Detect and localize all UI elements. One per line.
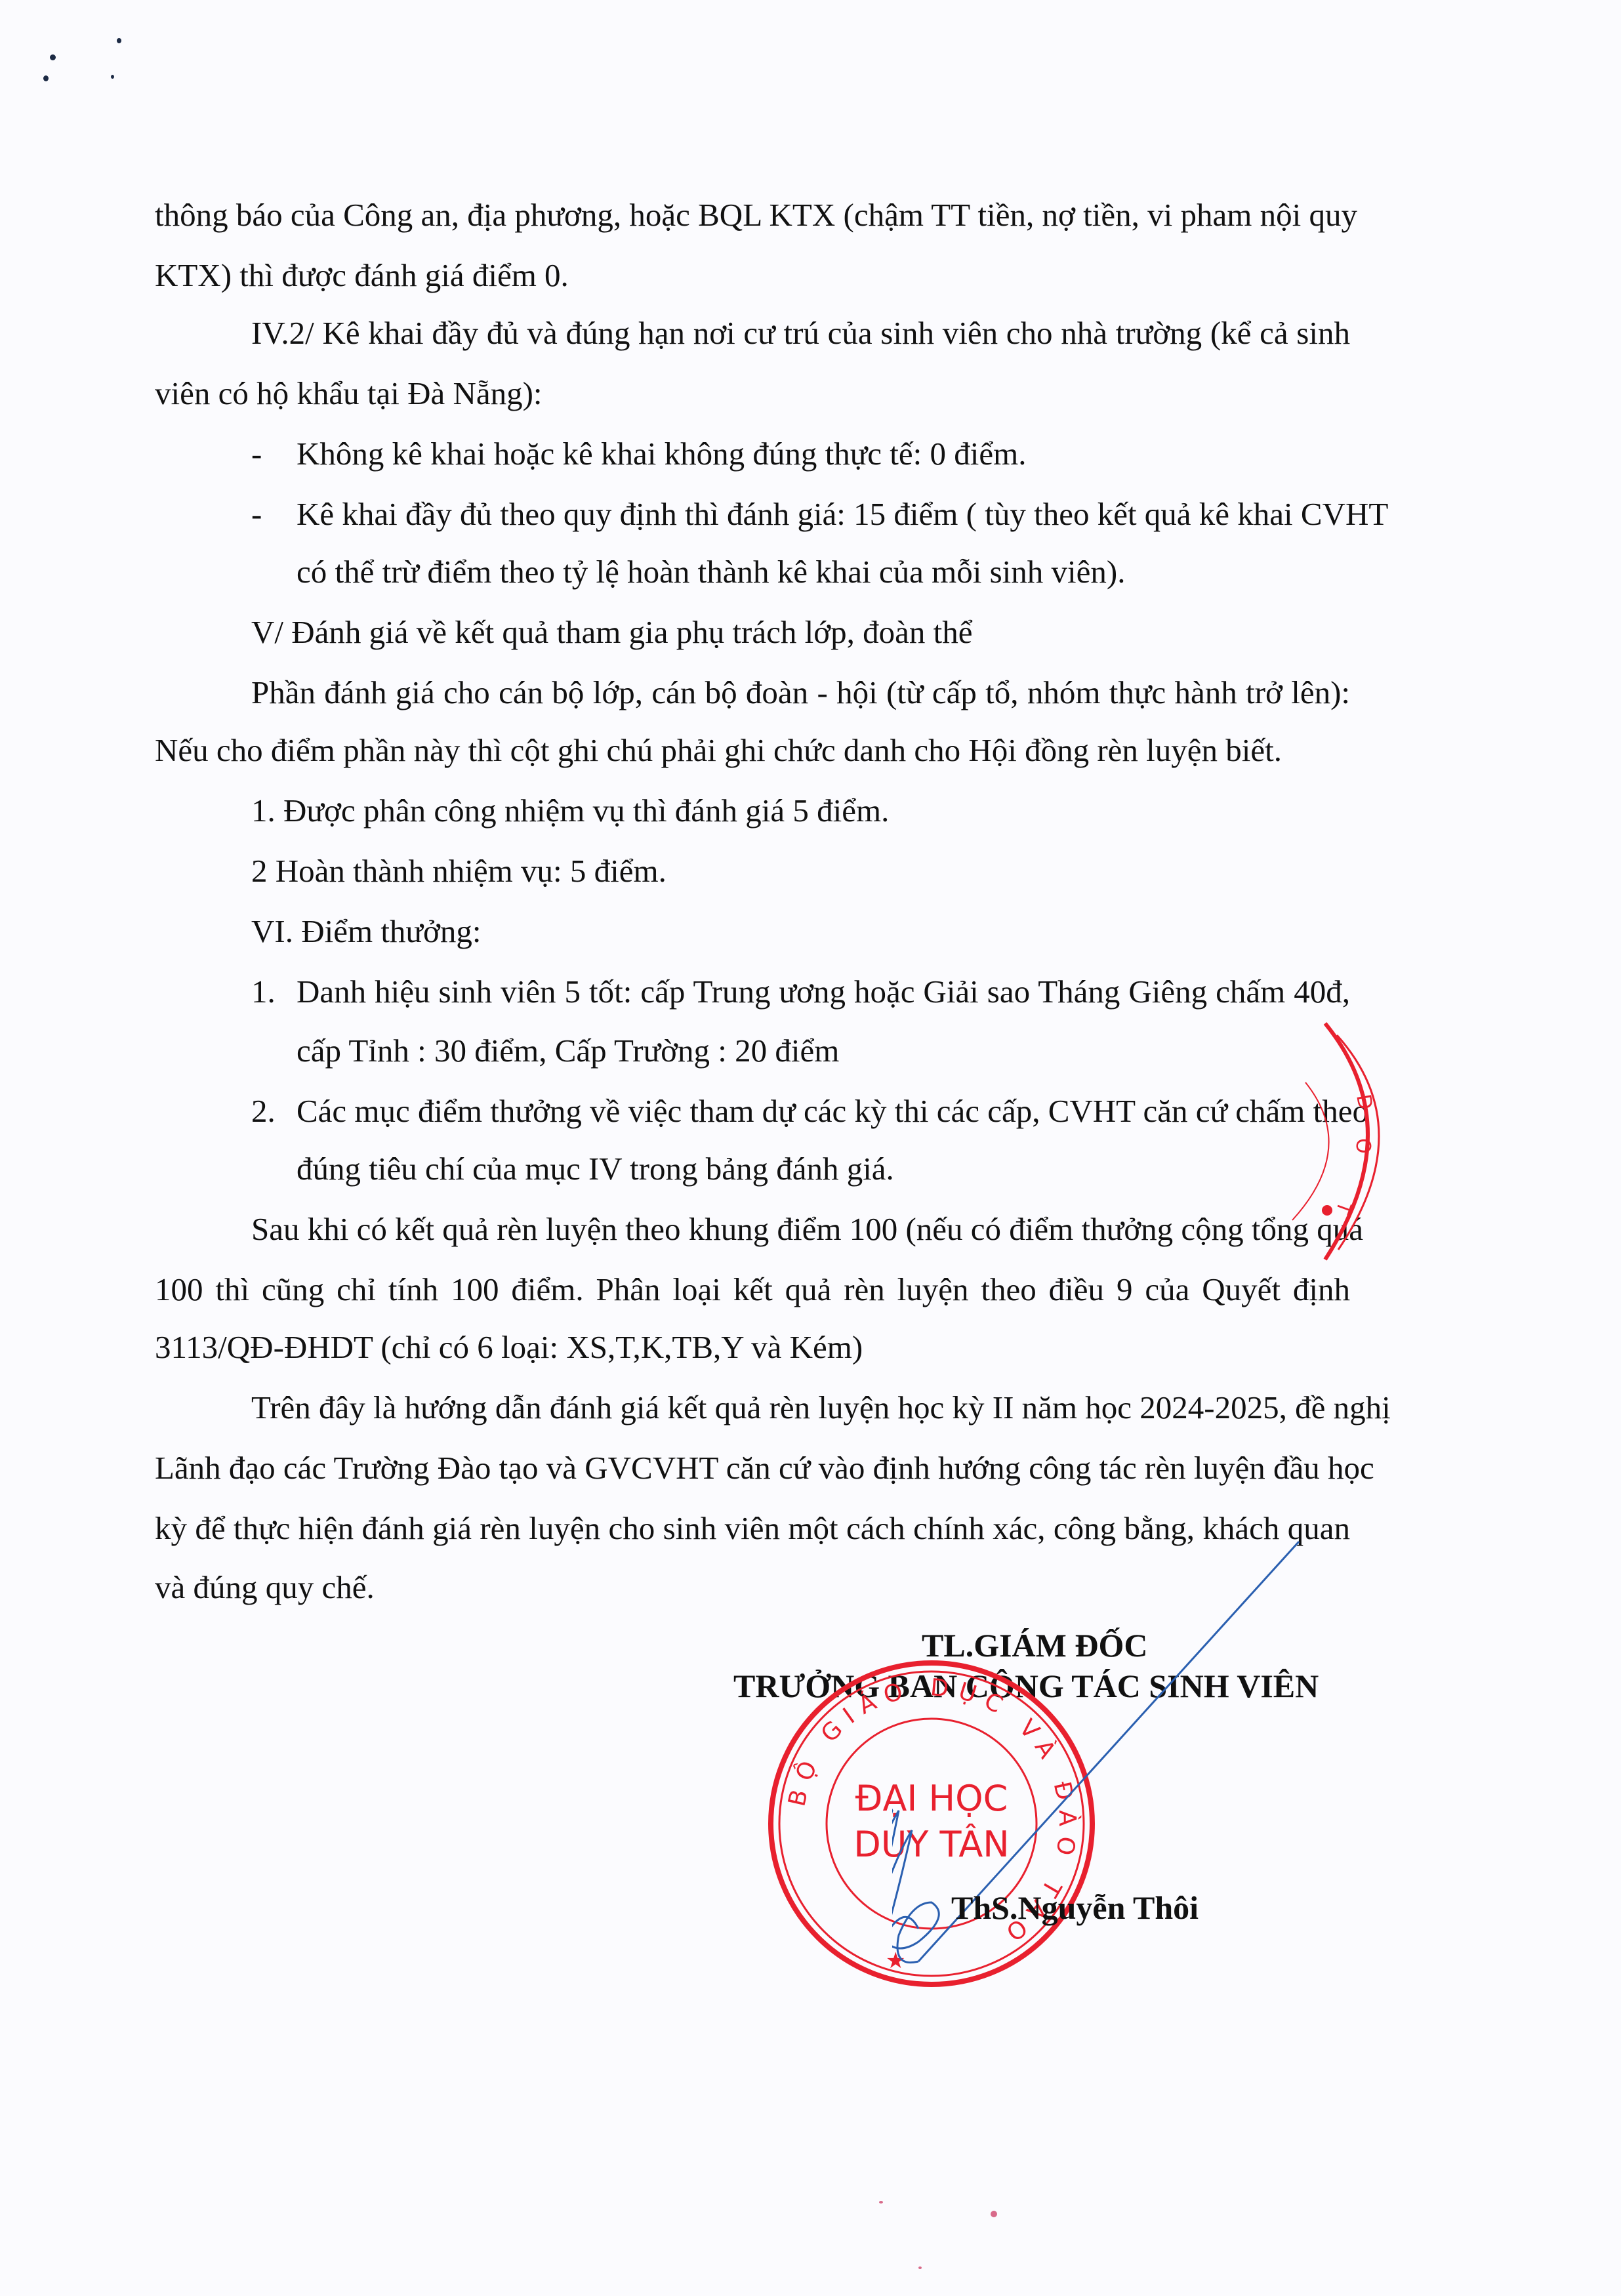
document-page: thông báo của Công an, địa phương, hoặc …: [0, 0, 1621, 2296]
body-text-line: 3113/QĐ-ĐHDT (chỉ có 6 loại: XS,T,K,TB,Y…: [155, 1328, 863, 1367]
body-text-line: thông báo của Công an, địa phương, hoặc …: [155, 195, 1350, 235]
body-text-line: và đúng quy chế.: [155, 1568, 375, 1607]
numbered-item: Danh hiệu sinh viên 5 tốt: cấp Trung ươn…: [297, 972, 1350, 1012]
scan-speck: [111, 75, 114, 79]
svg-text:O: O: [1351, 1138, 1374, 1154]
bullet-item: Kê khai đầy đủ theo quy định thì đánh gi…: [297, 495, 1350, 534]
bullet-dash: -: [251, 434, 262, 474]
numbered-item: Các mục điểm thưởng về việc tham dự các …: [297, 1092, 1350, 1131]
list-number: 1.: [251, 972, 276, 1012]
body-text-line: 100 thì cũng chỉ tính 100 điểm. Phân loạ…: [155, 1270, 1350, 1309]
body-text-line: Phần đánh giá cho cán bộ lớp, cán bộ đoà…: [251, 673, 1350, 712]
numbered-item-continuation: đúng tiêu chí của mục IV trong bảng đánh…: [297, 1149, 894, 1189]
bullet-item: Không kê khai hoặc kê khai không đúng th…: [297, 434, 1026, 474]
scan-speck: [879, 2201, 883, 2204]
scan-speck: [43, 75, 49, 81]
list-number: 2.: [251, 1092, 276, 1131]
signatory-name: ThS.Nguyễn Thôi: [951, 1888, 1199, 1927]
bullet-dash: -: [251, 495, 262, 534]
bullet-item-continuation: có thể trừ điểm theo tỷ lệ hoàn thành kê…: [297, 552, 1125, 592]
handwritten-signature-icon: [892, 1535, 1483, 2007]
body-text-line: Sau khi có kết quả rèn luyện theo khung …: [251, 1210, 1350, 1249]
scan-speck: [991, 2211, 997, 2217]
stamp-fragment-icon: Đ O T: [1279, 984, 1450, 1286]
body-text-line: Trên đây là hướng dẫn đánh giá kết quả r…: [251, 1388, 1350, 1427]
numbered-item: 1. Được phân công nhiệm vụ thì đánh giá …: [251, 791, 889, 830]
section-iv2-line: IV.2/ Kê khai đầy đủ và đúng hạn nơi cư …: [251, 314, 1350, 353]
scan-speck: [117, 38, 121, 43]
body-text-line: viên có hộ khẩu tại Đà Nẵng):: [155, 374, 543, 413]
scan-speck: [918, 2266, 922, 2269]
svg-text:T: T: [1331, 1199, 1356, 1218]
scan-speck: [50, 54, 56, 60]
svg-text:Đ: Đ: [1351, 1092, 1377, 1111]
numbered-item: 2 Hoàn thành nhiệm vụ: 5 điểm.: [251, 851, 667, 891]
body-text-line: Nếu cho điểm phần này thì cột ghi chú ph…: [155, 731, 1282, 770]
numbered-item-continuation: cấp Tỉnh : 30 điểm, Cấp Trường : 20 điểm: [297, 1031, 839, 1071]
body-text-line: KTX) thì được đánh giá điểm 0.: [155, 256, 569, 295]
body-text-line: Lãnh đạo các Trường Đào tạo và GVCVHT că…: [155, 1448, 1350, 1488]
section-vi-heading: VI. Điểm thưởng:: [251, 912, 482, 951]
section-v-heading: V/ Đánh giá về kết quả tham gia phụ trác…: [251, 613, 973, 652]
